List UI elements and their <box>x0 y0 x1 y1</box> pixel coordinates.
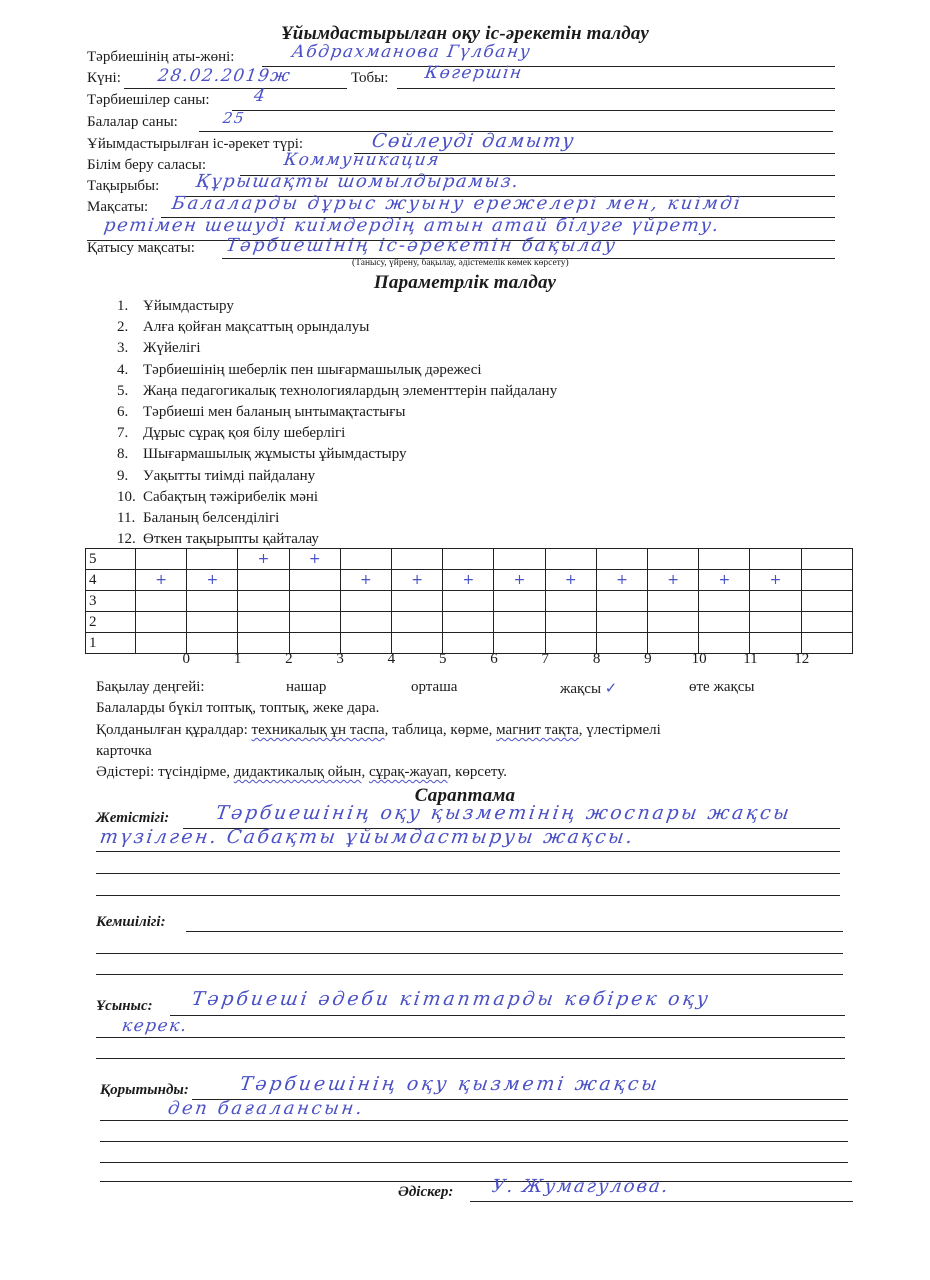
grid-cell <box>443 612 494 633</box>
grid-mark: + <box>699 570 750 591</box>
grid-row: 3 <box>86 591 853 612</box>
teacher-name-line <box>262 66 835 67</box>
criteria-item: 8.Шығармашылық жұмысты ұйымдастыру <box>117 444 557 465</box>
grid-mark: + <box>340 570 391 591</box>
grid-cell <box>443 591 494 612</box>
x-axis-label: 9 <box>644 651 652 668</box>
observation-level-label: Бақылау деңгейі: <box>96 679 205 696</box>
criteria-item: 2.Алға қойған мақсаттың орындалуы <box>117 317 557 338</box>
strengths-value-line-2: түзілген. Сабақты ұйымдастыруы жақсы. <box>98 826 636 848</box>
criteria-item: 5.Жаңа педагогикалық технологиялардың эл… <box>117 381 557 402</box>
strengths-line-2 <box>96 851 840 852</box>
level-option-good: жақсы ✓ <box>560 679 617 698</box>
goal-value-line-2: ретімен шешуді киімдердің атын атай білу… <box>103 215 722 236</box>
criteria-item: 9.Уақытты тиімді пайдалану <box>117 466 557 487</box>
children-count-label: Балалар саны: <box>87 114 178 131</box>
criteria-text: Шығармашылық жұмысты ұйымдастыру <box>143 446 407 462</box>
grid-cell <box>699 612 750 633</box>
date-value: 28.02.2019ж <box>157 66 293 86</box>
grid-row-label: 2 <box>86 612 136 633</box>
grouping-text: Балаларды бүкіл топтық, топтық, жеке дар… <box>96 700 379 717</box>
grid-cell <box>596 591 647 612</box>
criteria-number: 4. <box>117 360 143 381</box>
x-axis-label: 7 <box>542 651 550 668</box>
check-mark-icon: ✓ <box>605 679 618 697</box>
methods-line: Әдістері: түсіндірме, дидактикалық ойын,… <box>96 764 507 781</box>
criteria-number: 11. <box>117 508 143 529</box>
conclusion-line-2 <box>100 1120 848 1121</box>
goal-value-line-1: Балаларды дұрыс жуыну ережелері мен, киі… <box>171 193 744 214</box>
list-text: , <box>361 764 369 780</box>
grid-cell <box>289 570 340 591</box>
criteria-text: Ұйымдастыру <box>143 298 234 314</box>
grid-cell <box>494 591 545 612</box>
activity-type-value: Сөйлеуді дамыту <box>370 130 576 152</box>
grid-cell <box>801 570 852 591</box>
tools-label: Қолданылған құралдар: <box>96 722 248 738</box>
criteria-item: 6.Тәрбиеші мен баланың ынтымақтастығы <box>117 402 557 423</box>
grid-row-label: 3 <box>86 591 136 612</box>
grid-cell <box>187 612 238 633</box>
x-axis-label: 12 <box>794 651 809 668</box>
x-axis-label: 0 <box>183 651 191 668</box>
education-area-value: Коммуникация <box>283 150 442 170</box>
list-text: , таблица, көрме, <box>385 722 497 738</box>
educators-count-value: 4 <box>253 86 268 106</box>
weaknesses-line-3 <box>96 974 843 975</box>
criteria-text: Жаңа педагогикалық технологиялардың элем… <box>143 383 557 399</box>
tools-list: техникалық ұн таспа, таблица, көрме, маг… <box>252 722 661 738</box>
criteria-number: 12. <box>117 529 143 550</box>
date-label: Күні: <box>87 70 121 87</box>
grid-cell <box>136 591 187 612</box>
x-axis-label: 2 <box>285 651 293 668</box>
grid-row-label: 4 <box>86 570 136 591</box>
grid-mark: + <box>136 570 187 591</box>
suggestion-line-1 <box>170 1015 845 1016</box>
attendance-goal-value: Тәрбиешінің іс-әрекетін бақылау <box>225 235 619 256</box>
grid-mark: + <box>289 549 340 570</box>
conclusion-line-5 <box>100 1181 852 1182</box>
grid-mark: + <box>238 549 289 570</box>
tools-line-2: карточка <box>96 743 152 760</box>
children-count-value: 25 <box>222 109 247 127</box>
weaknesses-label: Кемшілігі: <box>96 914 166 931</box>
criteria-number: 5. <box>117 381 143 402</box>
topic-label: Тақырыбы: <box>87 178 159 195</box>
grid-cell <box>801 591 852 612</box>
grid-row: 5++ <box>86 549 853 570</box>
strengths-value-line-1: Тәрбиешінің оқу қызметінің жоспары жақсы <box>214 802 793 824</box>
weaknesses-line-1 <box>186 931 843 932</box>
criteria-number: 10. <box>117 487 143 508</box>
methods-label: Әдістері: <box>96 764 154 780</box>
grid-cell <box>648 612 699 633</box>
criteria-text: Сабақтың тәжірибелік мәні <box>143 489 318 505</box>
x-axis-label: 5 <box>439 651 447 668</box>
education-area-label: Білім беру саласы: <box>87 157 206 174</box>
criteria-text: Баланың белсенділігі <box>143 510 279 526</box>
grid-cell <box>340 549 391 570</box>
grid-mark: + <box>545 570 596 591</box>
grid-cell <box>596 612 647 633</box>
grid-cell <box>545 612 596 633</box>
criteria-item: 11.Баланың белсенділігі <box>117 508 557 529</box>
date-line <box>124 88 347 89</box>
attendance-goal-hint: (Танысу, үйрену, бақылау, әдістемелік кө… <box>352 258 569 268</box>
grid-cell <box>801 549 852 570</box>
topic-value: Құрышақты шомылдырамыз. <box>195 171 521 192</box>
suggestion-value-line-2: керек. <box>121 1016 190 1036</box>
grid-mark: + <box>750 570 801 591</box>
criteria-text: Дұрыс сұрақ қоя білу шеберлігі <box>143 425 345 441</box>
rating-grid: 5++4+++++++++++321 <box>85 548 853 654</box>
conclusion-value-line-1: Тәрбиешінің оқу қызметі жақсы <box>238 1073 661 1095</box>
level-option-good-text: жақсы <box>560 681 601 697</box>
attendance-goal-label: Қатысу мақсаты: <box>87 240 195 257</box>
grid-cell <box>238 570 289 591</box>
methodist-label: Әдіскер: <box>398 1184 453 1201</box>
suggestion-label: Ұсыныс: <box>96 998 153 1015</box>
criteria-text: Алға қойған мақсаттың орындалуы <box>143 319 369 335</box>
criteria-item: 7.Дұрыс сұрақ қоя білу шеберлігі <box>117 423 557 444</box>
grid-cell <box>187 591 238 612</box>
activity-type-label: Ұйымдастырылған іс-әрекет түрі: <box>87 136 303 153</box>
grid-cell <box>750 549 801 570</box>
strengths-line-3 <box>96 873 840 874</box>
grid-cell <box>340 612 391 633</box>
group-value: Көгершін <box>424 63 524 83</box>
criteria-item: 4.Тәрбиешінің шеберлік пен шығармашылық … <box>117 360 557 381</box>
conclusion-line-4 <box>100 1162 848 1163</box>
strengths-label: Жетістігі: <box>96 810 169 827</box>
criteria-item: 10.Сабақтың тәжірибелік мәні <box>117 487 557 508</box>
methodist-signature: У. Жумагулова. <box>491 1176 671 1197</box>
criteria-number: 2. <box>117 317 143 338</box>
x-axis-label: 11 <box>743 651 757 668</box>
grid-row: 2 <box>86 612 853 633</box>
grid-cell <box>136 549 187 570</box>
grid-cell <box>750 612 801 633</box>
x-axis-label: 1 <box>234 651 242 668</box>
x-axis-label: 10 <box>692 651 707 668</box>
grid-cell <box>648 549 699 570</box>
x-axis-label: 3 <box>336 651 344 668</box>
list-text: , көрсету. <box>448 764 507 780</box>
criteria-text: Өткен тақырыпты қайталау <box>143 531 319 547</box>
criteria-list: 1.Ұйымдастыру2.Алға қойған мақсаттың оры… <box>117 296 557 550</box>
grid-cell <box>238 612 289 633</box>
teacher-name-value: Абдрахманова Гүлбану <box>291 42 533 62</box>
grid-cell <box>443 549 494 570</box>
grid-cell <box>648 591 699 612</box>
grid-cell <box>289 591 340 612</box>
criteria-number: 7. <box>117 423 143 444</box>
grid-cell <box>289 612 340 633</box>
suggestion-value-line-1: Тәрбиеші әдеби кітаптарды көбірек оқу <box>190 988 712 1010</box>
group-line <box>397 88 835 89</box>
grid-cell <box>699 549 750 570</box>
grid-mark: + <box>443 570 494 591</box>
grid-cell <box>699 591 750 612</box>
grid-mark: + <box>392 570 443 591</box>
grid-row-label: 5 <box>86 549 136 570</box>
goal-label: Мақсаты: <box>87 199 148 216</box>
level-option-excellent: өте жақсы <box>689 679 755 696</box>
parametric-heading: Параметрлік талдау <box>0 272 930 294</box>
criteria-number: 6. <box>117 402 143 423</box>
criteria-number: 9. <box>117 466 143 487</box>
level-option-poor: нашар <box>286 679 326 696</box>
analysis-form-page: Ұйымдастырылған оқу іс-әрекетін талдау Т… <box>0 0 930 1280</box>
grid-cell <box>392 591 443 612</box>
grid-cell <box>801 612 852 633</box>
group-label: Тобы: <box>351 70 388 87</box>
x-axis-label: 6 <box>490 651 498 668</box>
grid-cell <box>596 549 647 570</box>
list-text: , үлестірмелі <box>579 722 661 738</box>
suggestion-line-3 <box>96 1058 845 1059</box>
level-option-average: орташа <box>411 679 457 696</box>
teacher-name-label: Тәрбиешінің аты-жөні: <box>87 49 234 66</box>
underlined-item: техникалық ұн таспа <box>252 722 385 738</box>
grid-mark: + <box>596 570 647 591</box>
criteria-number: 1. <box>117 296 143 317</box>
grid-cell <box>494 549 545 570</box>
underlined-item: сұрақ-жауап <box>369 764 448 780</box>
conclusion-label: Қорытынды: <box>100 1082 189 1099</box>
criteria-number: 3. <box>117 338 143 359</box>
methods-list: түсіндірме, дидактикалық ойын, сұрақ-жау… <box>158 764 507 780</box>
grid-cell <box>187 549 238 570</box>
grid-cell <box>136 612 187 633</box>
grid-cell <box>545 591 596 612</box>
criteria-item: 1.Ұйымдастыру <box>117 296 557 317</box>
grid-mark: + <box>494 570 545 591</box>
conclusion-line-3 <box>100 1141 848 1142</box>
grid-cell <box>494 612 545 633</box>
x-axis-label: 4 <box>388 651 396 668</box>
underlined-item: магнит тақта <box>496 722 579 738</box>
criteria-item: 3.Жүйелігі <box>117 338 557 359</box>
tools-line-1: Қолданылған құралдар: техникалық ұн тасп… <box>96 722 661 739</box>
methodist-signature-line <box>470 1201 853 1202</box>
grid-cell <box>340 591 391 612</box>
x-axis-label: 8 <box>593 651 601 668</box>
underlined-item: дидактикалық ойын <box>234 764 362 780</box>
criteria-text: Уақытты тиімді пайдалану <box>143 468 315 484</box>
educators-count-label: Тәрбиешілер саны: <box>87 92 210 109</box>
grid-mark: + <box>648 570 699 591</box>
suggestion-line-2 <box>96 1037 845 1038</box>
criteria-number: 8. <box>117 444 143 465</box>
strengths-line-4 <box>96 895 840 896</box>
conclusion-value-line-2: деп бағалансын. <box>167 1098 366 1119</box>
educators-count-line <box>232 110 835 111</box>
grid-cell <box>392 612 443 633</box>
criteria-text: Жүйелігі <box>143 340 201 356</box>
grid-cell <box>545 549 596 570</box>
weaknesses-line-2 <box>96 953 843 954</box>
list-text: түсіндірме, <box>158 764 234 780</box>
grid-cell <box>750 591 801 612</box>
criteria-text: Тәрбиешінің шеберлік пен шығармашылық дә… <box>143 362 482 378</box>
grid-mark: + <box>187 570 238 591</box>
grid-row: 4+++++++++++ <box>86 570 853 591</box>
grid-cell <box>392 549 443 570</box>
grid-cell <box>238 591 289 612</box>
grid-x-axis: 0123456789101112 <box>0 651 930 671</box>
criteria-text: Тәрбиеші мен баланың ынтымақтастығы <box>143 404 405 420</box>
